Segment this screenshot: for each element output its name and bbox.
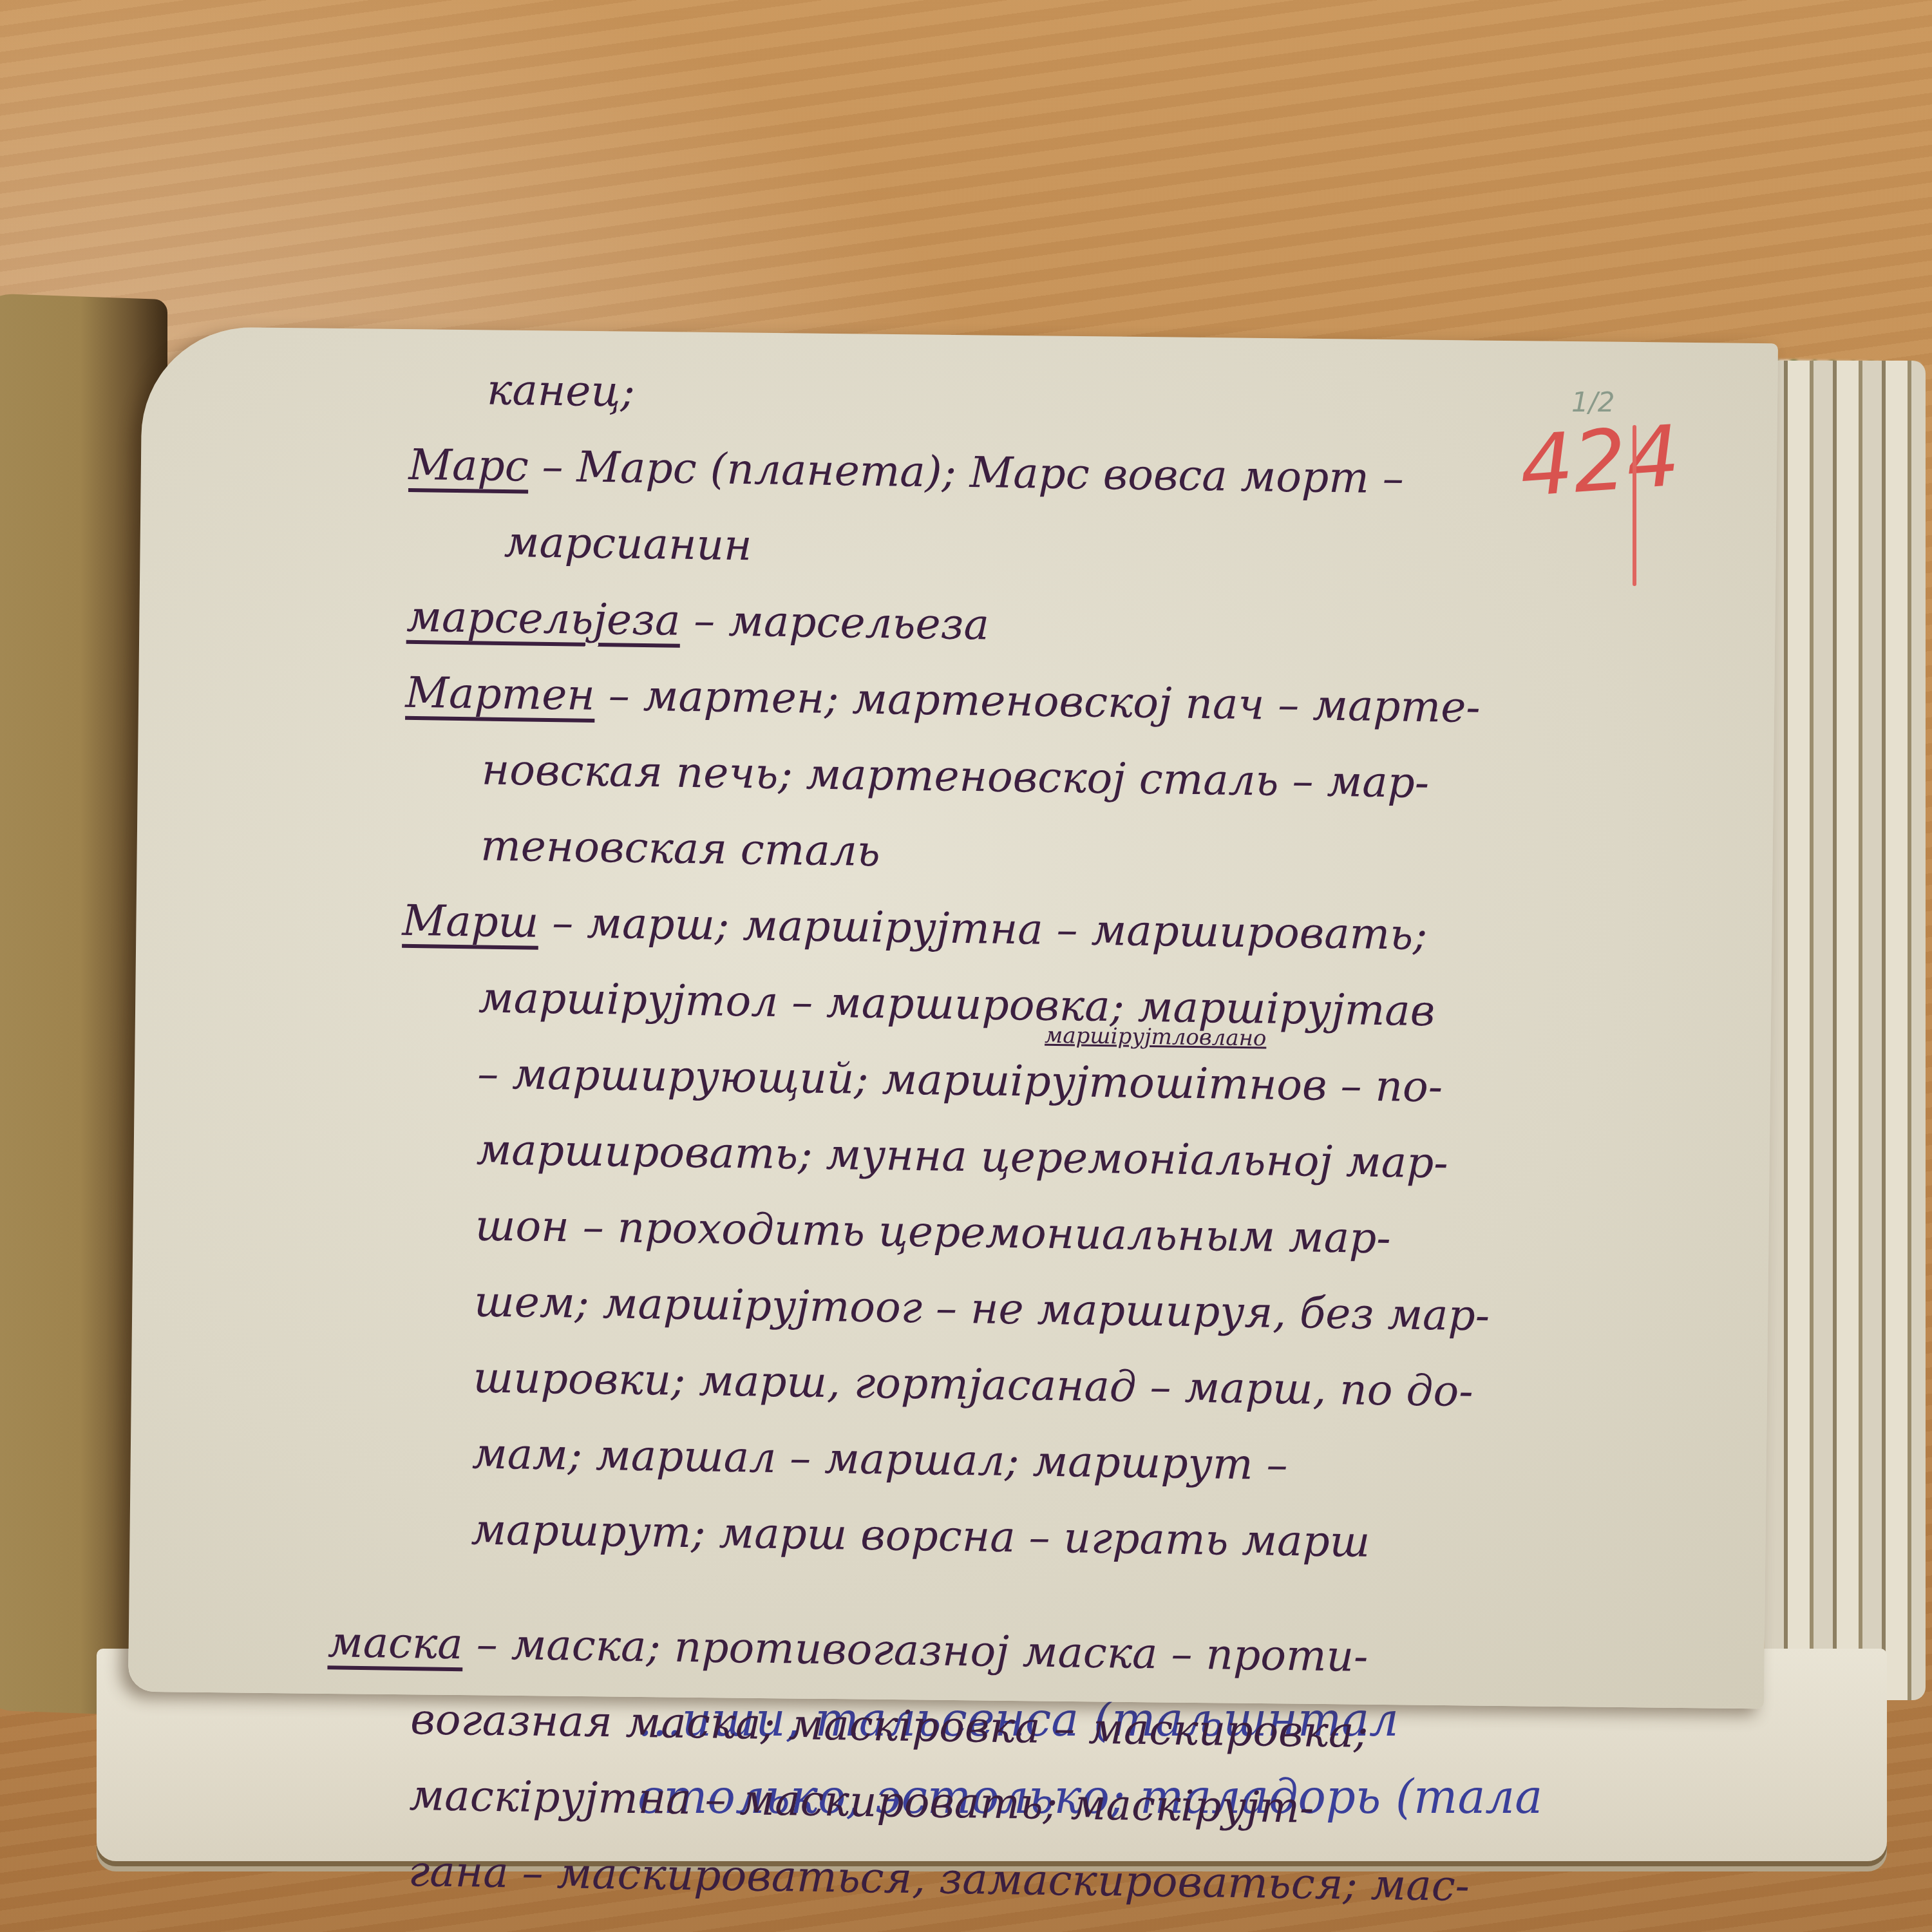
headword: Мартен xyxy=(405,668,595,720)
headword: марсельјеза xyxy=(406,592,681,645)
line-text: шон – проходить церемониальным мар- xyxy=(475,1200,1392,1263)
line-text: канец; xyxy=(487,365,636,417)
line-text: шировки; марш, гортјасанад – марш, по до… xyxy=(473,1352,1473,1416)
line-text: вогазная маска; маскіровка – маскировка; xyxy=(410,1694,1368,1757)
line-text: – марширующий; маршірујтошітнов – по- xyxy=(477,1048,1443,1112)
line-text: маршировать; мунна церемоніальној мар- xyxy=(476,1124,1448,1188)
headword: маска xyxy=(327,1617,463,1669)
line-text: – Марс (планета); Марс вовса морт – xyxy=(528,441,1404,503)
line-text: гана – маскироваться, замаскироваться; м… xyxy=(408,1846,1470,1911)
headword: Марш xyxy=(402,896,539,947)
line-text: новская печь; мартеновској сталь – мар- xyxy=(481,745,1429,808)
line-text: теновская сталь xyxy=(480,821,881,876)
handwritten-text: канец; Марс – Марс (планета); Марс вовса… xyxy=(388,351,1814,1929)
line-text: – марш; маршірујтна – маршировать; xyxy=(538,898,1428,960)
interlinear-correction: маршірујтловлано xyxy=(1045,1025,1267,1050)
line-text: шем; маршірујтоог – не маршируя, без мар… xyxy=(474,1276,1490,1340)
line-text: мам; маршал – маршал; маршрут – xyxy=(472,1428,1288,1490)
line-text: маскірујтна – маскировать; маскірујт- xyxy=(409,1770,1314,1833)
line-text: марсианин xyxy=(504,517,752,570)
line-text: – марсельеза xyxy=(680,596,990,650)
line-text: – маска; противогазној маска – проти- xyxy=(462,1619,1368,1681)
line-text: маршрут; марш ворсна – играть марш xyxy=(471,1504,1370,1566)
headword: Марс xyxy=(408,440,529,491)
line-text: – мартен; мартеновској пач – марте- xyxy=(594,670,1481,732)
line-text: маршірујтол – маршировка; маршірујтав xyxy=(478,972,1435,1036)
